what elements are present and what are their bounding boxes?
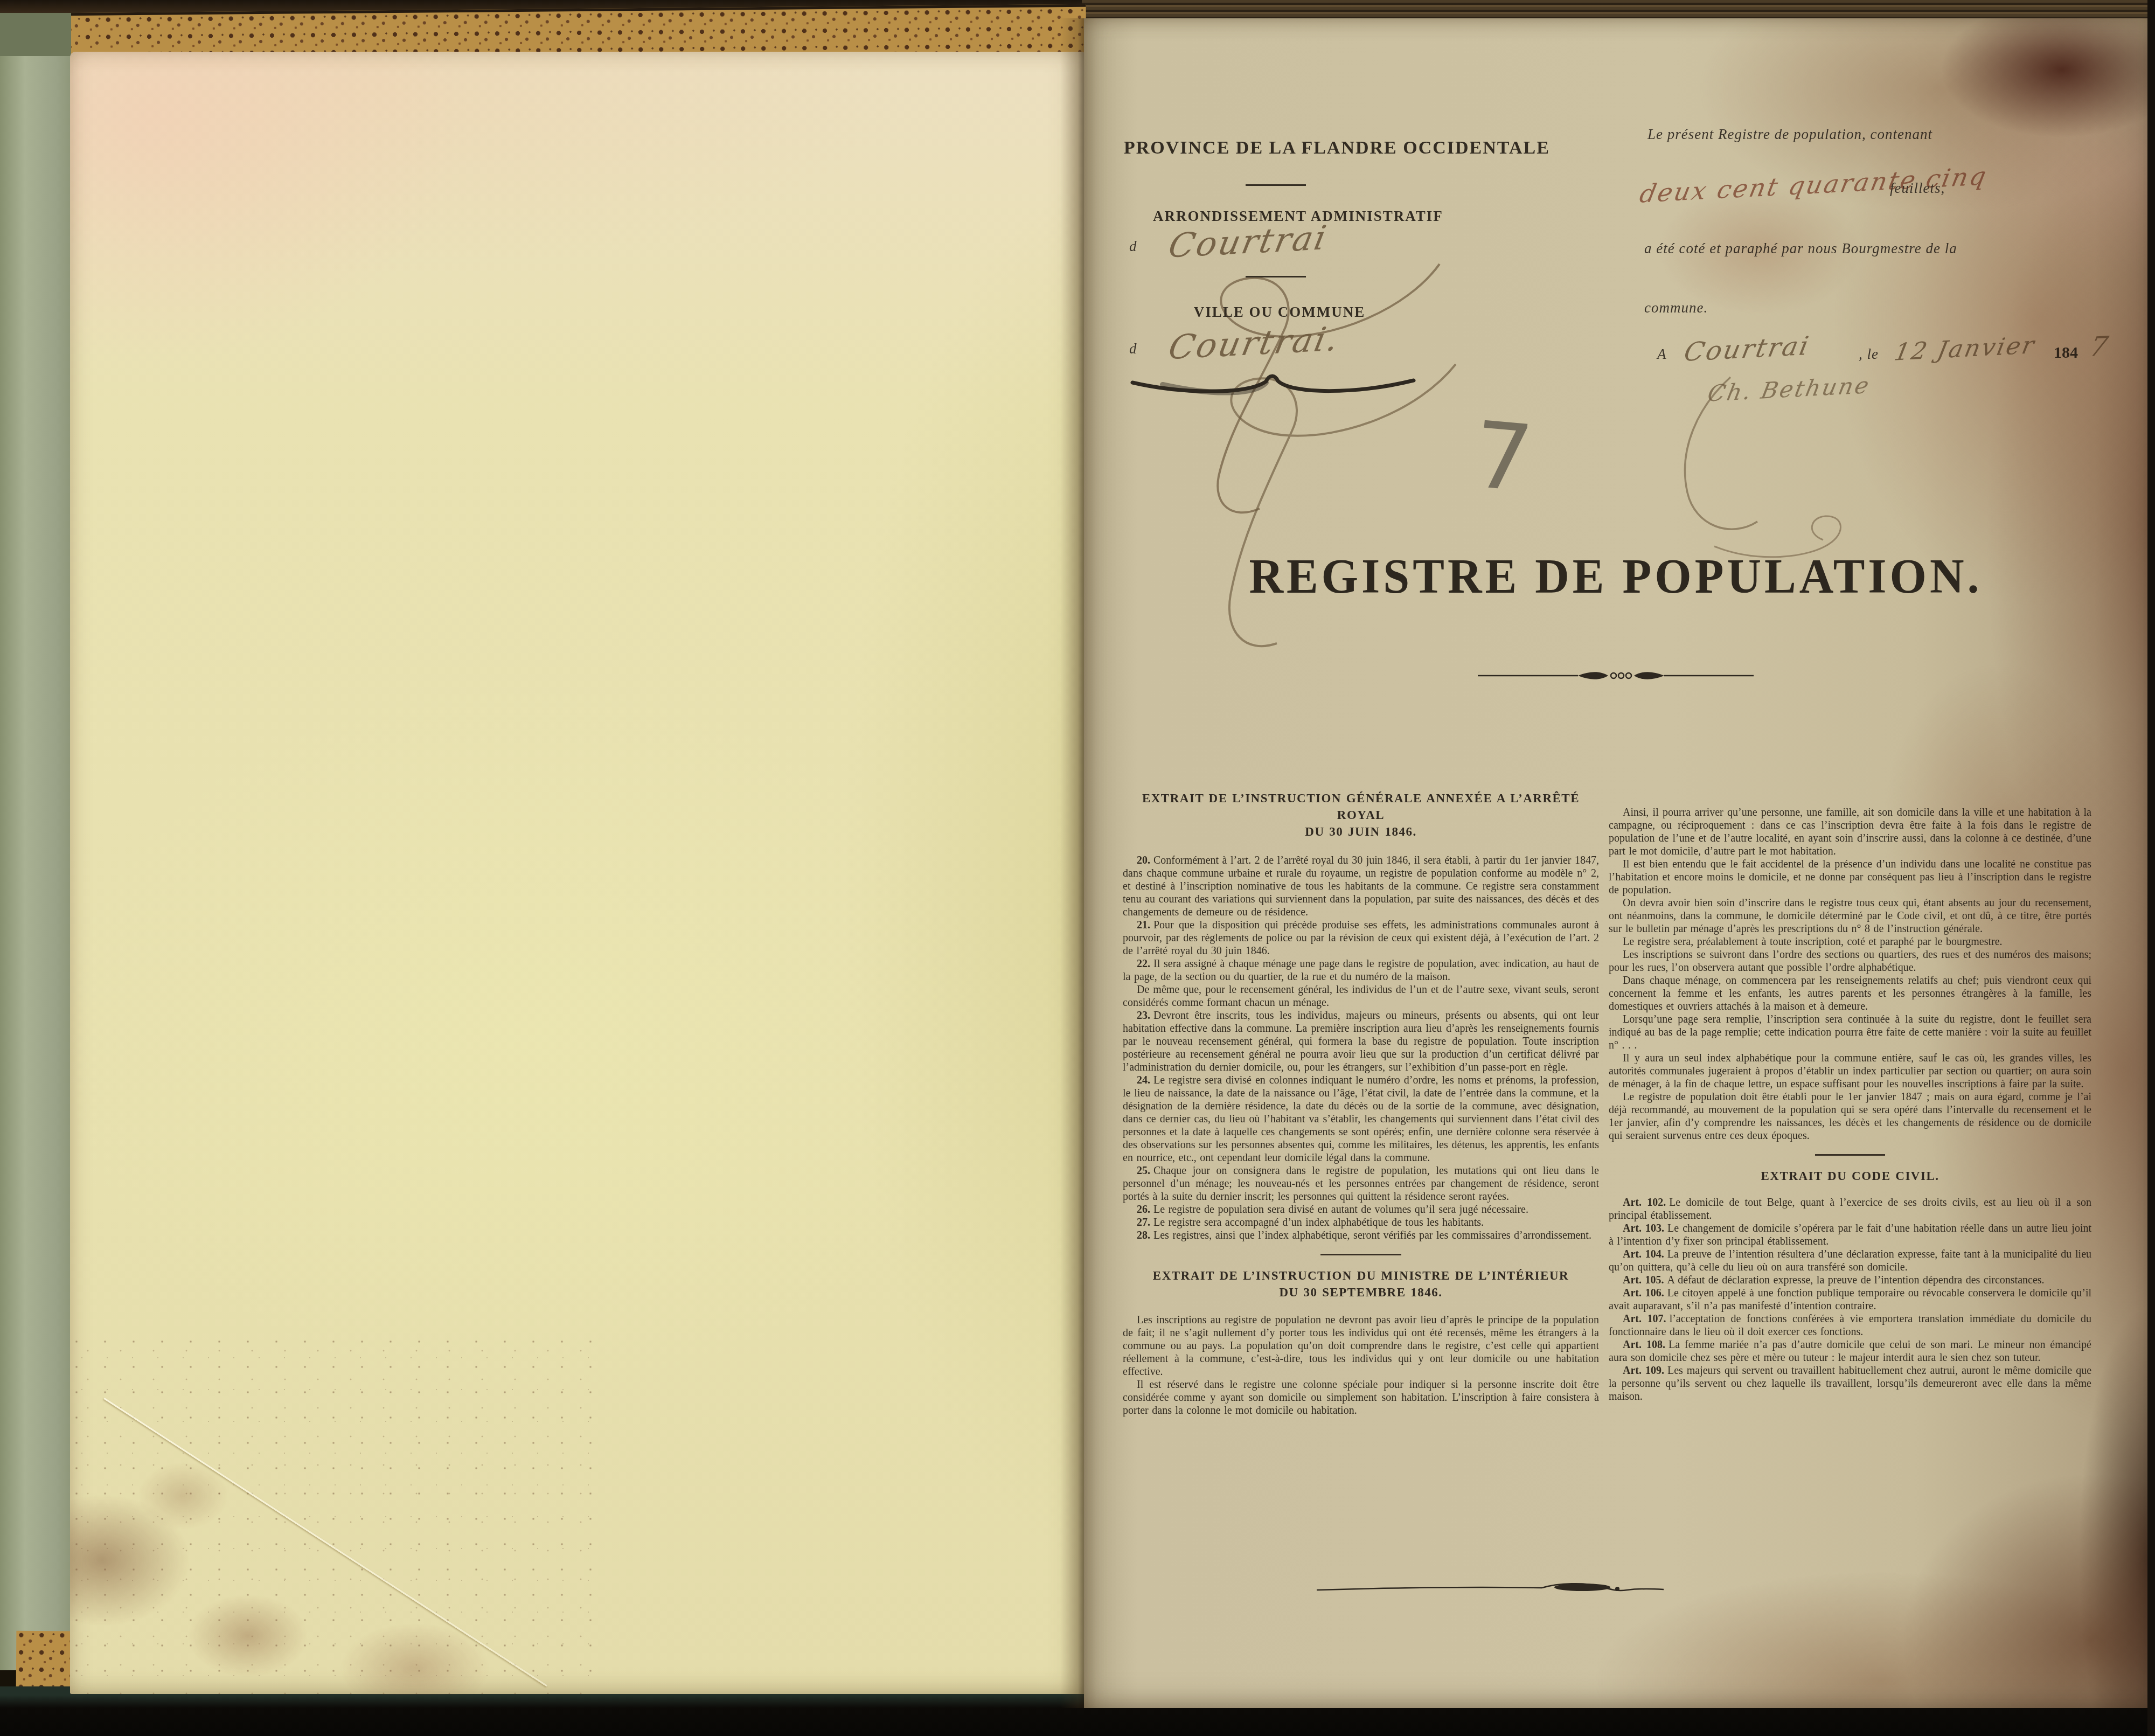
- brace-ornament: [1130, 367, 1416, 398]
- paragraph: Art. 104.La preuve de l’intention résult…: [1609, 1248, 2091, 1274]
- instruction-heading-royal-line2: DU 30 JUIN 1846.: [1123, 823, 1599, 840]
- code-civil-heading: EXTRAIT DU CODE CIVIL.: [1609, 1168, 2091, 1184]
- paragraph: 27.Le registre sera accompagné d’un inde…: [1123, 1216, 1599, 1229]
- handwriting-flourish: [1165, 352, 1488, 686]
- section-divider-rule: [1815, 1154, 1885, 1156]
- instruction-column-right: Ainsi, il pourra arriver qu’une personne…: [1609, 806, 2091, 1403]
- instruction-heading-royal-line1: EXTRAIT DE L’INSTRUCTION GÉNÉRALE ANNEXÉ…: [1123, 790, 1599, 823]
- paragraph: Lorsqu’une page sera remplie, l’inscript…: [1609, 1013, 2091, 1052]
- paragraph: 26.Le registre de population sera divisé…: [1123, 1203, 1599, 1216]
- paragraph: Art. 103.Le changement de domicile s’opé…: [1609, 1222, 2091, 1248]
- blank-verso-page: [70, 52, 1084, 1694]
- paragraph: 28.Les registres, ainsi que l’index alph…: [1123, 1229, 1599, 1242]
- cover-cloth-edge-left: [0, 56, 71, 1670]
- foxing-stains: [70, 1334, 598, 1695]
- paragraph: Dans chaque ménage, on commencera par le…: [1609, 974, 2091, 1013]
- feuillets-label: feuillets,: [1890, 180, 1945, 197]
- paragraph: Art. 108.La femme mariée n’a pas d’autre…: [1609, 1338, 2091, 1364]
- statement-line-3: commune.: [1644, 300, 1708, 316]
- statement-line-2: a été coté et paraphé par nous Bourgmest…: [1644, 240, 1957, 257]
- paragraph: 20.Conformément à l’art. 2 de l’arrêté r…: [1123, 854, 1599, 919]
- year-handwriting: 7: [2087, 330, 2112, 363]
- province-heading: PROVINCE DE LA FLANDRE OCCIDENTALE: [1124, 138, 1550, 158]
- date-handwriting: 12 Janvier: [1892, 331, 2038, 366]
- commune-prefix: d: [1129, 341, 1137, 357]
- page-title: REGISTRE DE POPULATION.: [1084, 548, 2147, 605]
- paragraph: Ainsi, il pourra arriver qu’une personne…: [1609, 806, 2091, 858]
- section-rule: [1246, 276, 1306, 277]
- paragraph: Le registre de population doit être étab…: [1609, 1091, 2091, 1142]
- paragraph: Art. 107.l’acceptation de fonctions conf…: [1609, 1313, 2091, 1338]
- instruction-column-left: EXTRAIT DE L’INSTRUCTION GÉNÉRALE ANNEXÉ…: [1123, 790, 1599, 1417]
- paragraph: Art. 105.A défaut de déclaration express…: [1609, 1274, 2091, 1287]
- title-recto-page: PROVINCE DE LA FLANDRE OCCIDENTALE ARRON…: [1084, 18, 2150, 1708]
- year-printed: 184: [2054, 344, 2078, 362]
- paragraph: 25.Chaque jour on consignera dans le reg…: [1123, 1164, 1599, 1203]
- arrondissement-prefix: d: [1129, 238, 1137, 255]
- instruction-heading-minister-line1: EXTRAIT DE L’INSTRUCTION DU MINISTRE DE …: [1123, 1267, 1599, 1284]
- end-ornament: [1316, 1582, 1665, 1596]
- book-scan: PROVINCE DE LA FLANDRE OCCIDENTALE ARRON…: [0, 0, 2155, 1736]
- paragraph: Il est réservé dans le registre une colo…: [1123, 1378, 1599, 1417]
- paragraph: Art. 106.Le citoyen appelé à une fonctio…: [1609, 1287, 2091, 1313]
- paragraph: Les inscriptions au registre de populati…: [1123, 1314, 1599, 1378]
- paragraph: Art. 109.Les majeurs qui servent ou trav…: [1609, 1364, 2091, 1403]
- paragraph: Il y aura un seul index alphabétique pou…: [1609, 1052, 2091, 1091]
- date-label: , le: [1859, 346, 1879, 363]
- paragraph: Art. 102.Le domicile de tout Belge, quan…: [1609, 1196, 2091, 1222]
- paragraph: 21.Pour que la disposition qui précède p…: [1123, 919, 1599, 957]
- scan-background-right: [2147, 0, 2155, 1736]
- paragraph: 24.Le registre sera divisé en colonnes i…: [1123, 1074, 1599, 1164]
- section-rule: [1246, 184, 1306, 186]
- statement-line-1: Le présent Registre de population, conte…: [1647, 126, 1932, 143]
- paragraph: Les inscriptions se suivront dans l’ordr…: [1609, 948, 2091, 974]
- title-ornament: [1476, 668, 1756, 683]
- paragraph: De même que, pour le recensement général…: [1123, 983, 1599, 1009]
- paragraph: 23.Devront être inscrits, tous les indiv…: [1123, 1009, 1599, 1074]
- paragraph: 22.Il sera assigné à chaque ménage une p…: [1123, 957, 1599, 983]
- instruction-heading-minister-line2: DU 30 SEPTEMBRE 1846.: [1123, 1284, 1599, 1301]
- paragraph: On devra avoir bien soin d’inscrire dans…: [1609, 897, 2091, 935]
- paragraph: Il est bien entendu que le fait accident…: [1609, 858, 2091, 897]
- place-handwriting: Courtrai: [1681, 331, 1812, 367]
- place-prefix: A: [1657, 346, 1667, 363]
- section-divider-rule: [1320, 1254, 1401, 1255]
- commune-label: VILLE OU COMMUNE: [1153, 304, 1406, 321]
- paragraph: Le registre sera, préalablement à toute …: [1609, 935, 2091, 948]
- pencil-annotation: 7: [1470, 402, 1537, 513]
